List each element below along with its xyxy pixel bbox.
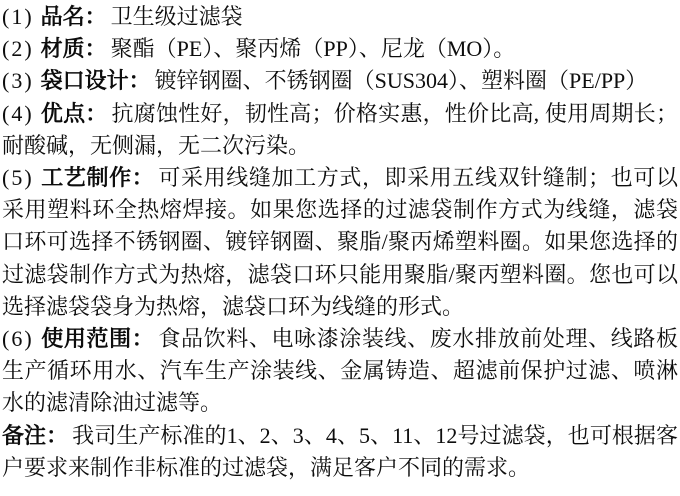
item-label: 使用范围： — [41, 326, 155, 351]
spec-item-advantages: (4)优点：抗腐蚀性好，韧性高；价格实惠，性价比高, 使用周期长；耐酸碱，无侧漏… — [2, 98, 678, 162]
item-label: 品名： — [41, 4, 107, 29]
item-number: (5) — [2, 165, 34, 190]
item-number: (1) — [2, 4, 34, 29]
item-number: (2) — [2, 36, 34, 61]
note-paragraph: 备注：我司生产标准的1、2、3、4、5、11、12号过滤袋，也可根据客户要求来制… — [2, 420, 678, 484]
item-label: 优点： — [41, 101, 108, 126]
spec-item-usage-scope: (6)使用范围：食品饮料、电咏漆涂装线、废水排放前处理、线路板生产循环用水、汽车… — [2, 323, 678, 420]
note-text: 我司生产标准的1、2、3、4、5、11、12号过滤袋，也可根据客户要求来制作非标… — [2, 423, 678, 480]
item-label: 袋口设计： — [41, 68, 151, 93]
item-number: (3) — [2, 68, 34, 93]
spec-item-product-name: (1)品名：卫生级过滤袋 — [2, 1, 678, 33]
item-text: 镀锌钢圈、不锈钢圈（SUS304）、塑料圈（PE/PP） — [155, 68, 648, 93]
item-text: 聚酯（PE）、聚丙烯（PP）、尼龙（MO）。 — [111, 36, 516, 61]
document-page: (1)品名：卫生级过滤袋 (2)材质：聚酯（PE）、聚丙烯（PP）、尼龙（MO）… — [0, 0, 680, 496]
item-number: (4) — [2, 101, 34, 126]
item-number: (6) — [2, 326, 34, 351]
spec-item-bag-mouth-design: (3)袋口设计：镀锌钢圈、不锈钢圈（SUS304）、塑料圈（PE/PP） — [2, 65, 678, 97]
item-label: 材质： — [41, 36, 107, 61]
item-label: 工艺制作： — [41, 165, 155, 190]
spec-item-material: (2)材质：聚酯（PE）、聚丙烯（PP）、尼龙（MO）。 — [2, 33, 678, 65]
spec-item-craftsmanship: (5)工艺制作：可采用线缝加工方式，即采用五线双针缝制；也可以采用塑料环全热熔焊… — [2, 162, 678, 323]
note-label: 备注： — [2, 423, 68, 448]
item-text: 卫生级过滤袋 — [111, 4, 243, 29]
